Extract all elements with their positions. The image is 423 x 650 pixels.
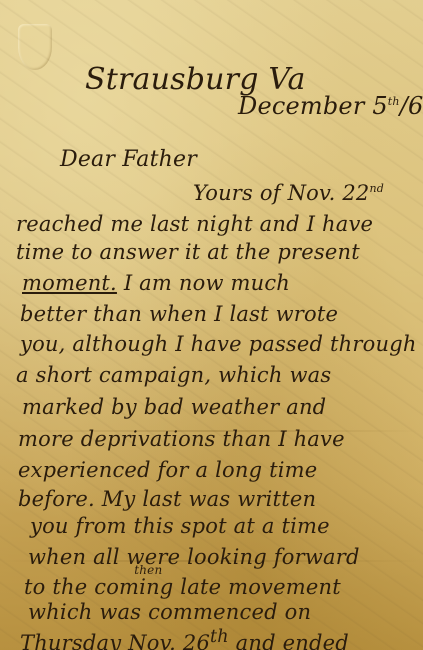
body-line: more deprivations than I have — [18, 427, 345, 451]
date-suffix: th — [388, 95, 400, 108]
body-line: time to answer it at the present — [16, 240, 360, 264]
line-text: to the — [24, 575, 94, 599]
line-text: I am now much — [117, 271, 290, 295]
body-line: before. My last was written — [18, 487, 316, 511]
letter-date: December 5th/63 — [238, 92, 423, 120]
embossed-stamp — [18, 24, 52, 70]
ordinal-suffix: nd — [369, 182, 384, 195]
letter-page: Strausburg Va December 5th/63 Dear Fathe… — [0, 0, 423, 650]
body-line: a short campaign, which was — [16, 363, 331, 387]
body-line: marked by bad weather and — [22, 395, 326, 419]
ordinal-suffix: th — [210, 627, 229, 647]
body-line: moment. I am now much — [22, 271, 290, 295]
body-line: reached me last night and I have — [16, 212, 373, 236]
underlined-word: moment. — [22, 271, 117, 295]
inserted-word: then — [134, 563, 162, 577]
body-line: you, although I have passed through — [20, 332, 417, 356]
body-line: you from this spot at a time — [30, 514, 330, 538]
line-text: and ended — [229, 631, 349, 650]
line-text: coming late movement — [94, 575, 341, 599]
body-line: Yours of Nov. 22nd — [193, 181, 384, 205]
body-line: when all were looking forward — [28, 545, 360, 569]
body-line: Thursday Nov. 26th and ended — [20, 627, 349, 650]
body-line: experienced for a long time — [18, 458, 317, 482]
line-text: Yours of Nov. 22 — [193, 181, 369, 205]
date-year: /63 — [400, 92, 423, 120]
salutation: Dear Father — [60, 147, 197, 172]
body-line: which was commenced on — [28, 600, 311, 624]
line-text: Thursday Nov. 26 — [20, 631, 210, 650]
date-text: December 5 — [238, 92, 388, 120]
body-line: to the thencoming late movement — [24, 575, 341, 599]
body-line: better than when I last wrote — [20, 302, 338, 326]
